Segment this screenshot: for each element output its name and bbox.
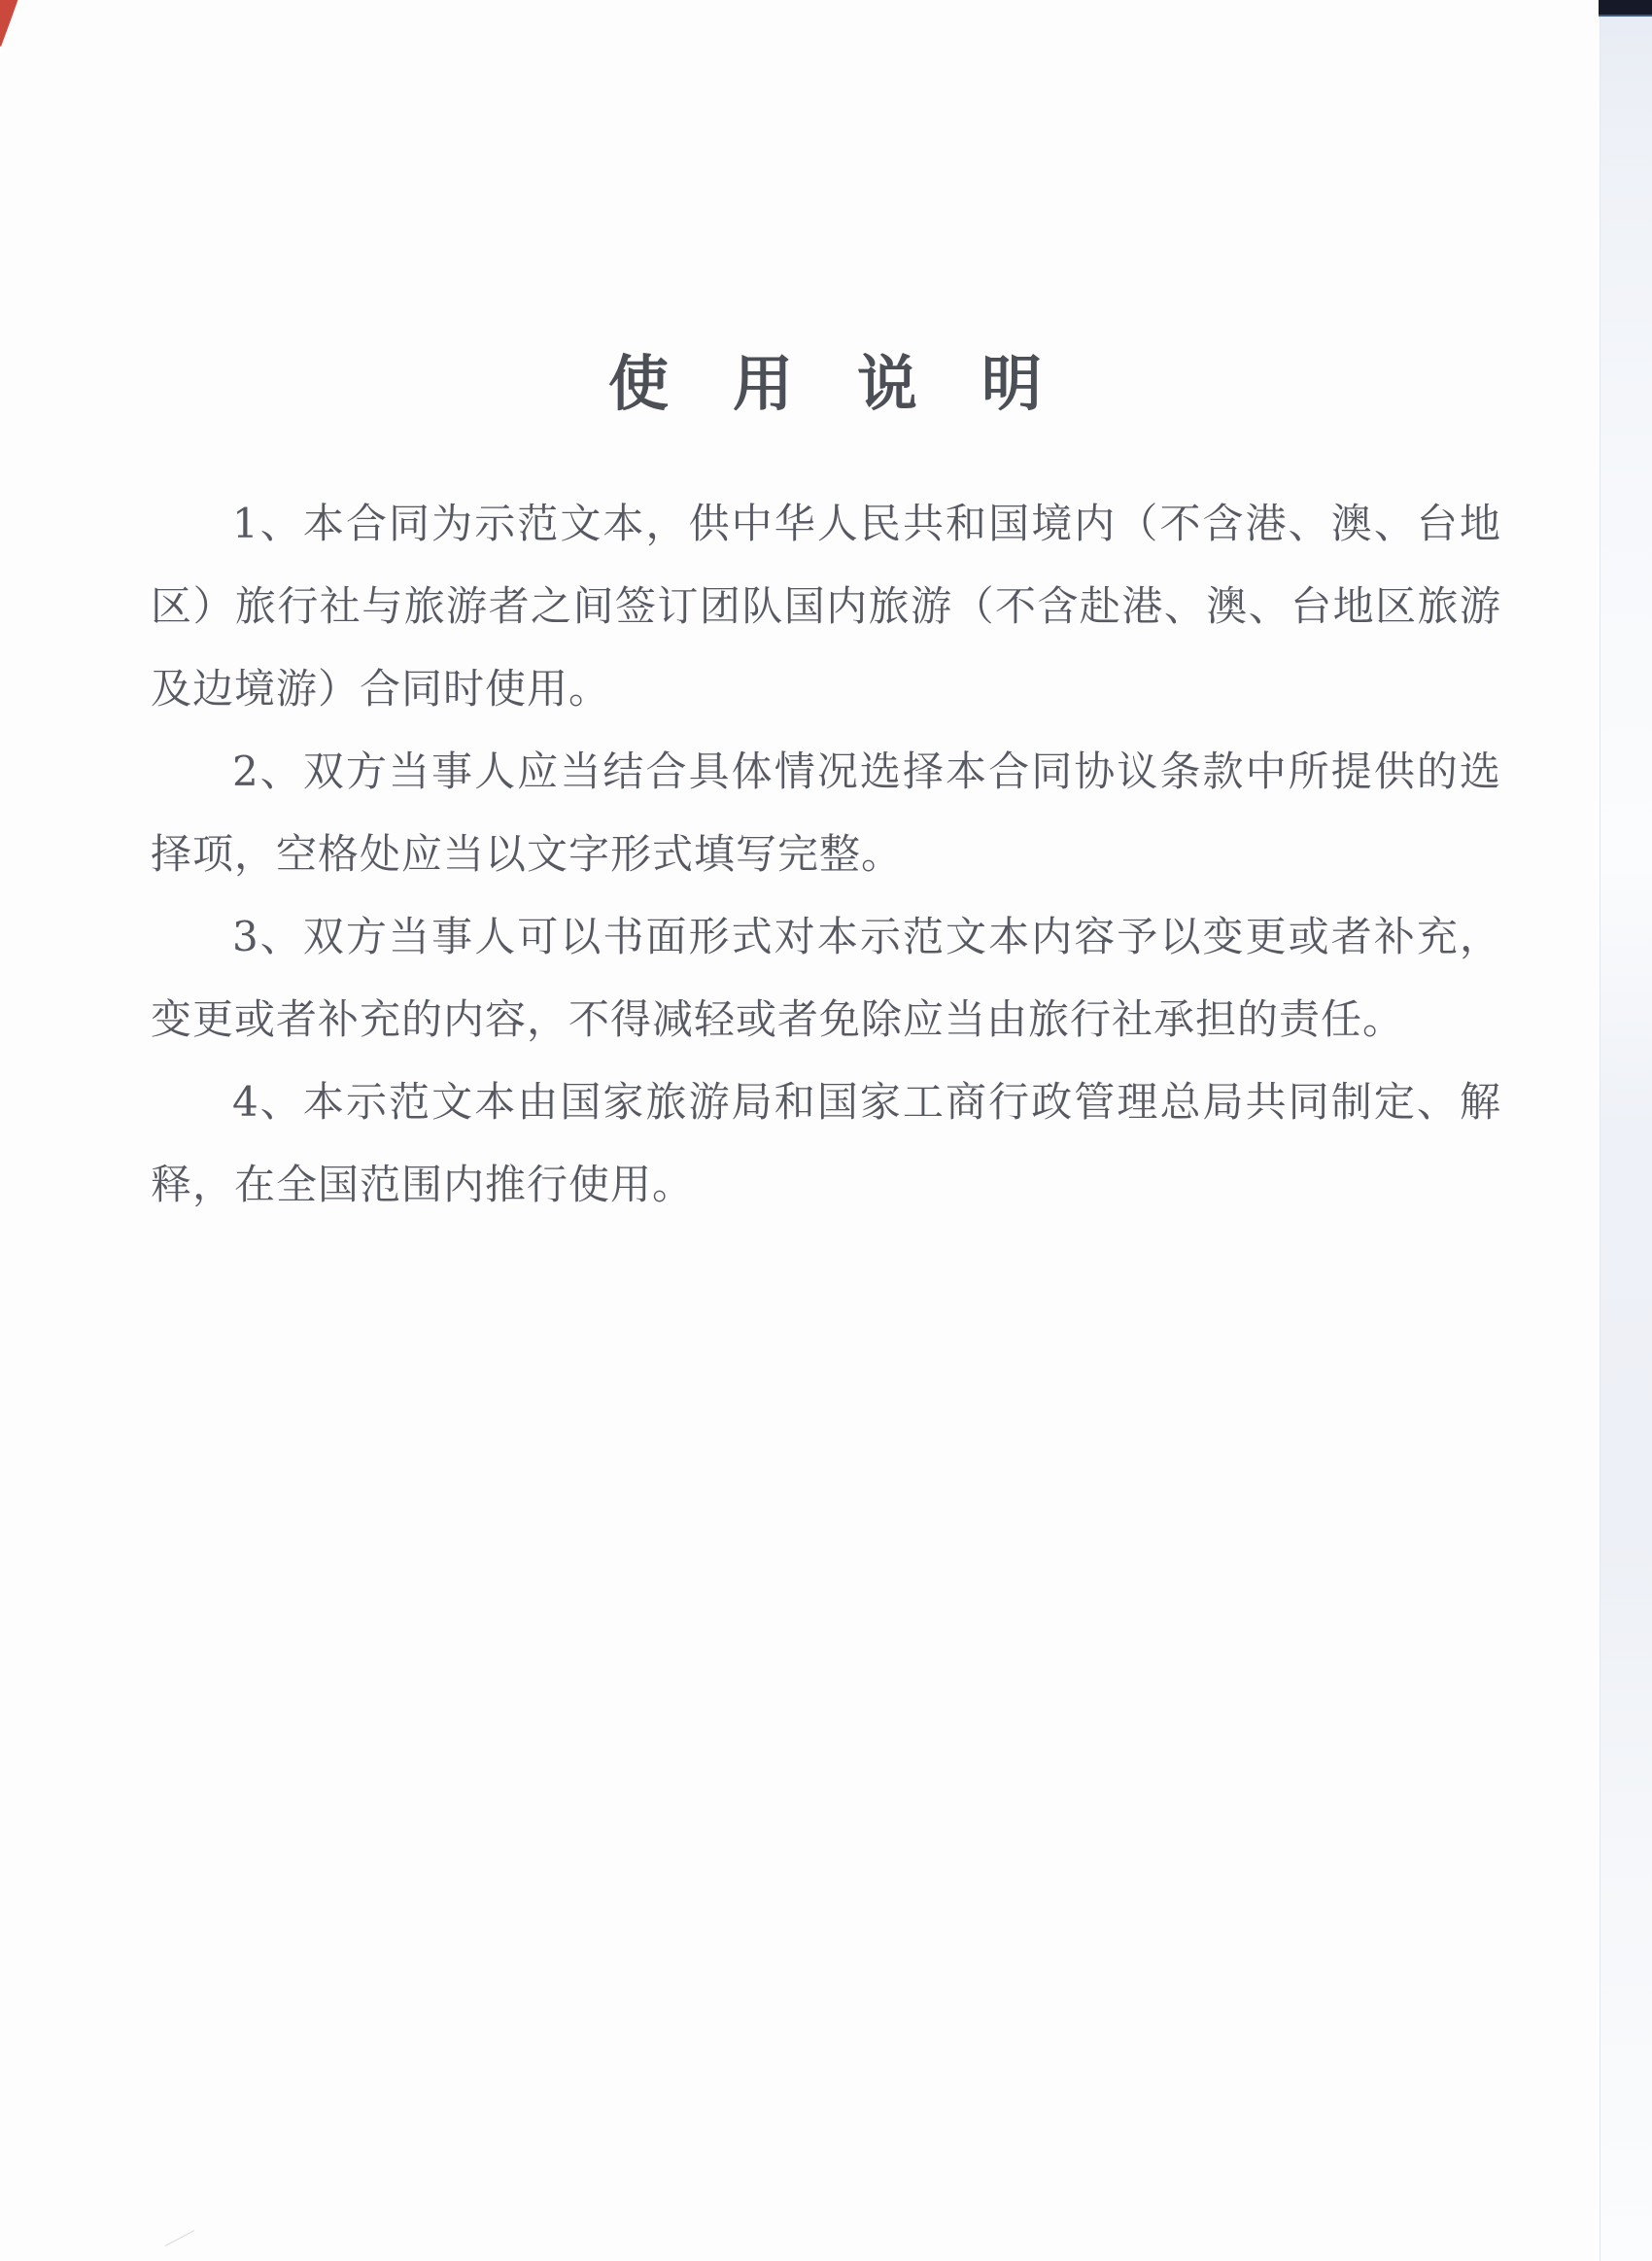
scanned-document-page: { "page": { "title": "使 用 说 明", "paragra… [0,0,1652,2261]
document-page: 使 用 说 明 1、本合同为示范文本，供中华人民共和国境内（不含港、澳、台地区）… [0,0,1652,1226]
document-body: 1、本合同为示范文本，供中华人民共和国境内（不含港、澳、台地区）旅行社与旅游者之… [151,482,1501,1226]
scan-scratch-artifact [165,2230,194,2246]
paragraph-3: 3、双方当事人可以书面形式对本示范文本内容予以变更或者补充，变更或者补充的内容，… [151,895,1501,1061]
paragraph-1: 1、本合同为示范文本，供中华人民共和国境内（不含港、澳、台地区）旅行社与旅游者之… [151,482,1501,730]
paragraph-4: 4、本示范文本由国家旅游局和国家工商行政管理总局共同制定、解释，在全国范围内推行… [151,1061,1501,1226]
page-title: 使 用 说 明 [151,340,1501,428]
paragraph-2: 2、双方当事人应当结合具体情况选择本合同协议条款中所提供的选择项，空格处应当以文… [151,730,1501,895]
